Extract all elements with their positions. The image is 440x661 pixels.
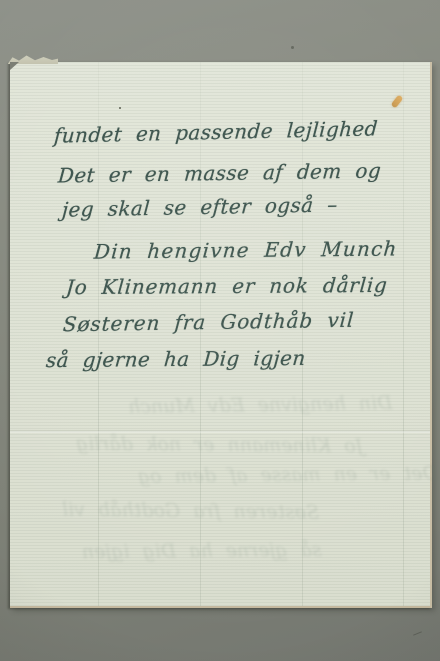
photograph-background: Din hengivne Edv Munch Jo Klinemann er n… (0, 0, 440, 661)
handwritten-text: fundet en passende lejlighed Det er en m… (10, 62, 430, 606)
paper-speck (119, 107, 121, 109)
handwriting-line-1: fundet en passende lejlighed (53, 116, 378, 147)
background-scratch (413, 631, 422, 635)
handwriting-line-6: Søsteren fra Godthåb vil (62, 308, 355, 337)
handwriting-line-7: så gjerne ha Dig igjen (45, 346, 307, 372)
handwriting-line-signature: Din hengivne Edv Munch (93, 236, 398, 263)
handwriting-line-5: Jo Klinemann er nok dårlig (65, 273, 389, 299)
handwriting-line-3: jeg skal se efter også – (61, 192, 338, 221)
handwriting-line-2: Det er en masse af dem og (57, 158, 382, 187)
letter-paper: Din hengivne Edv Munch Jo Klinemann er n… (10, 62, 432, 608)
background-speck (291, 46, 294, 49)
